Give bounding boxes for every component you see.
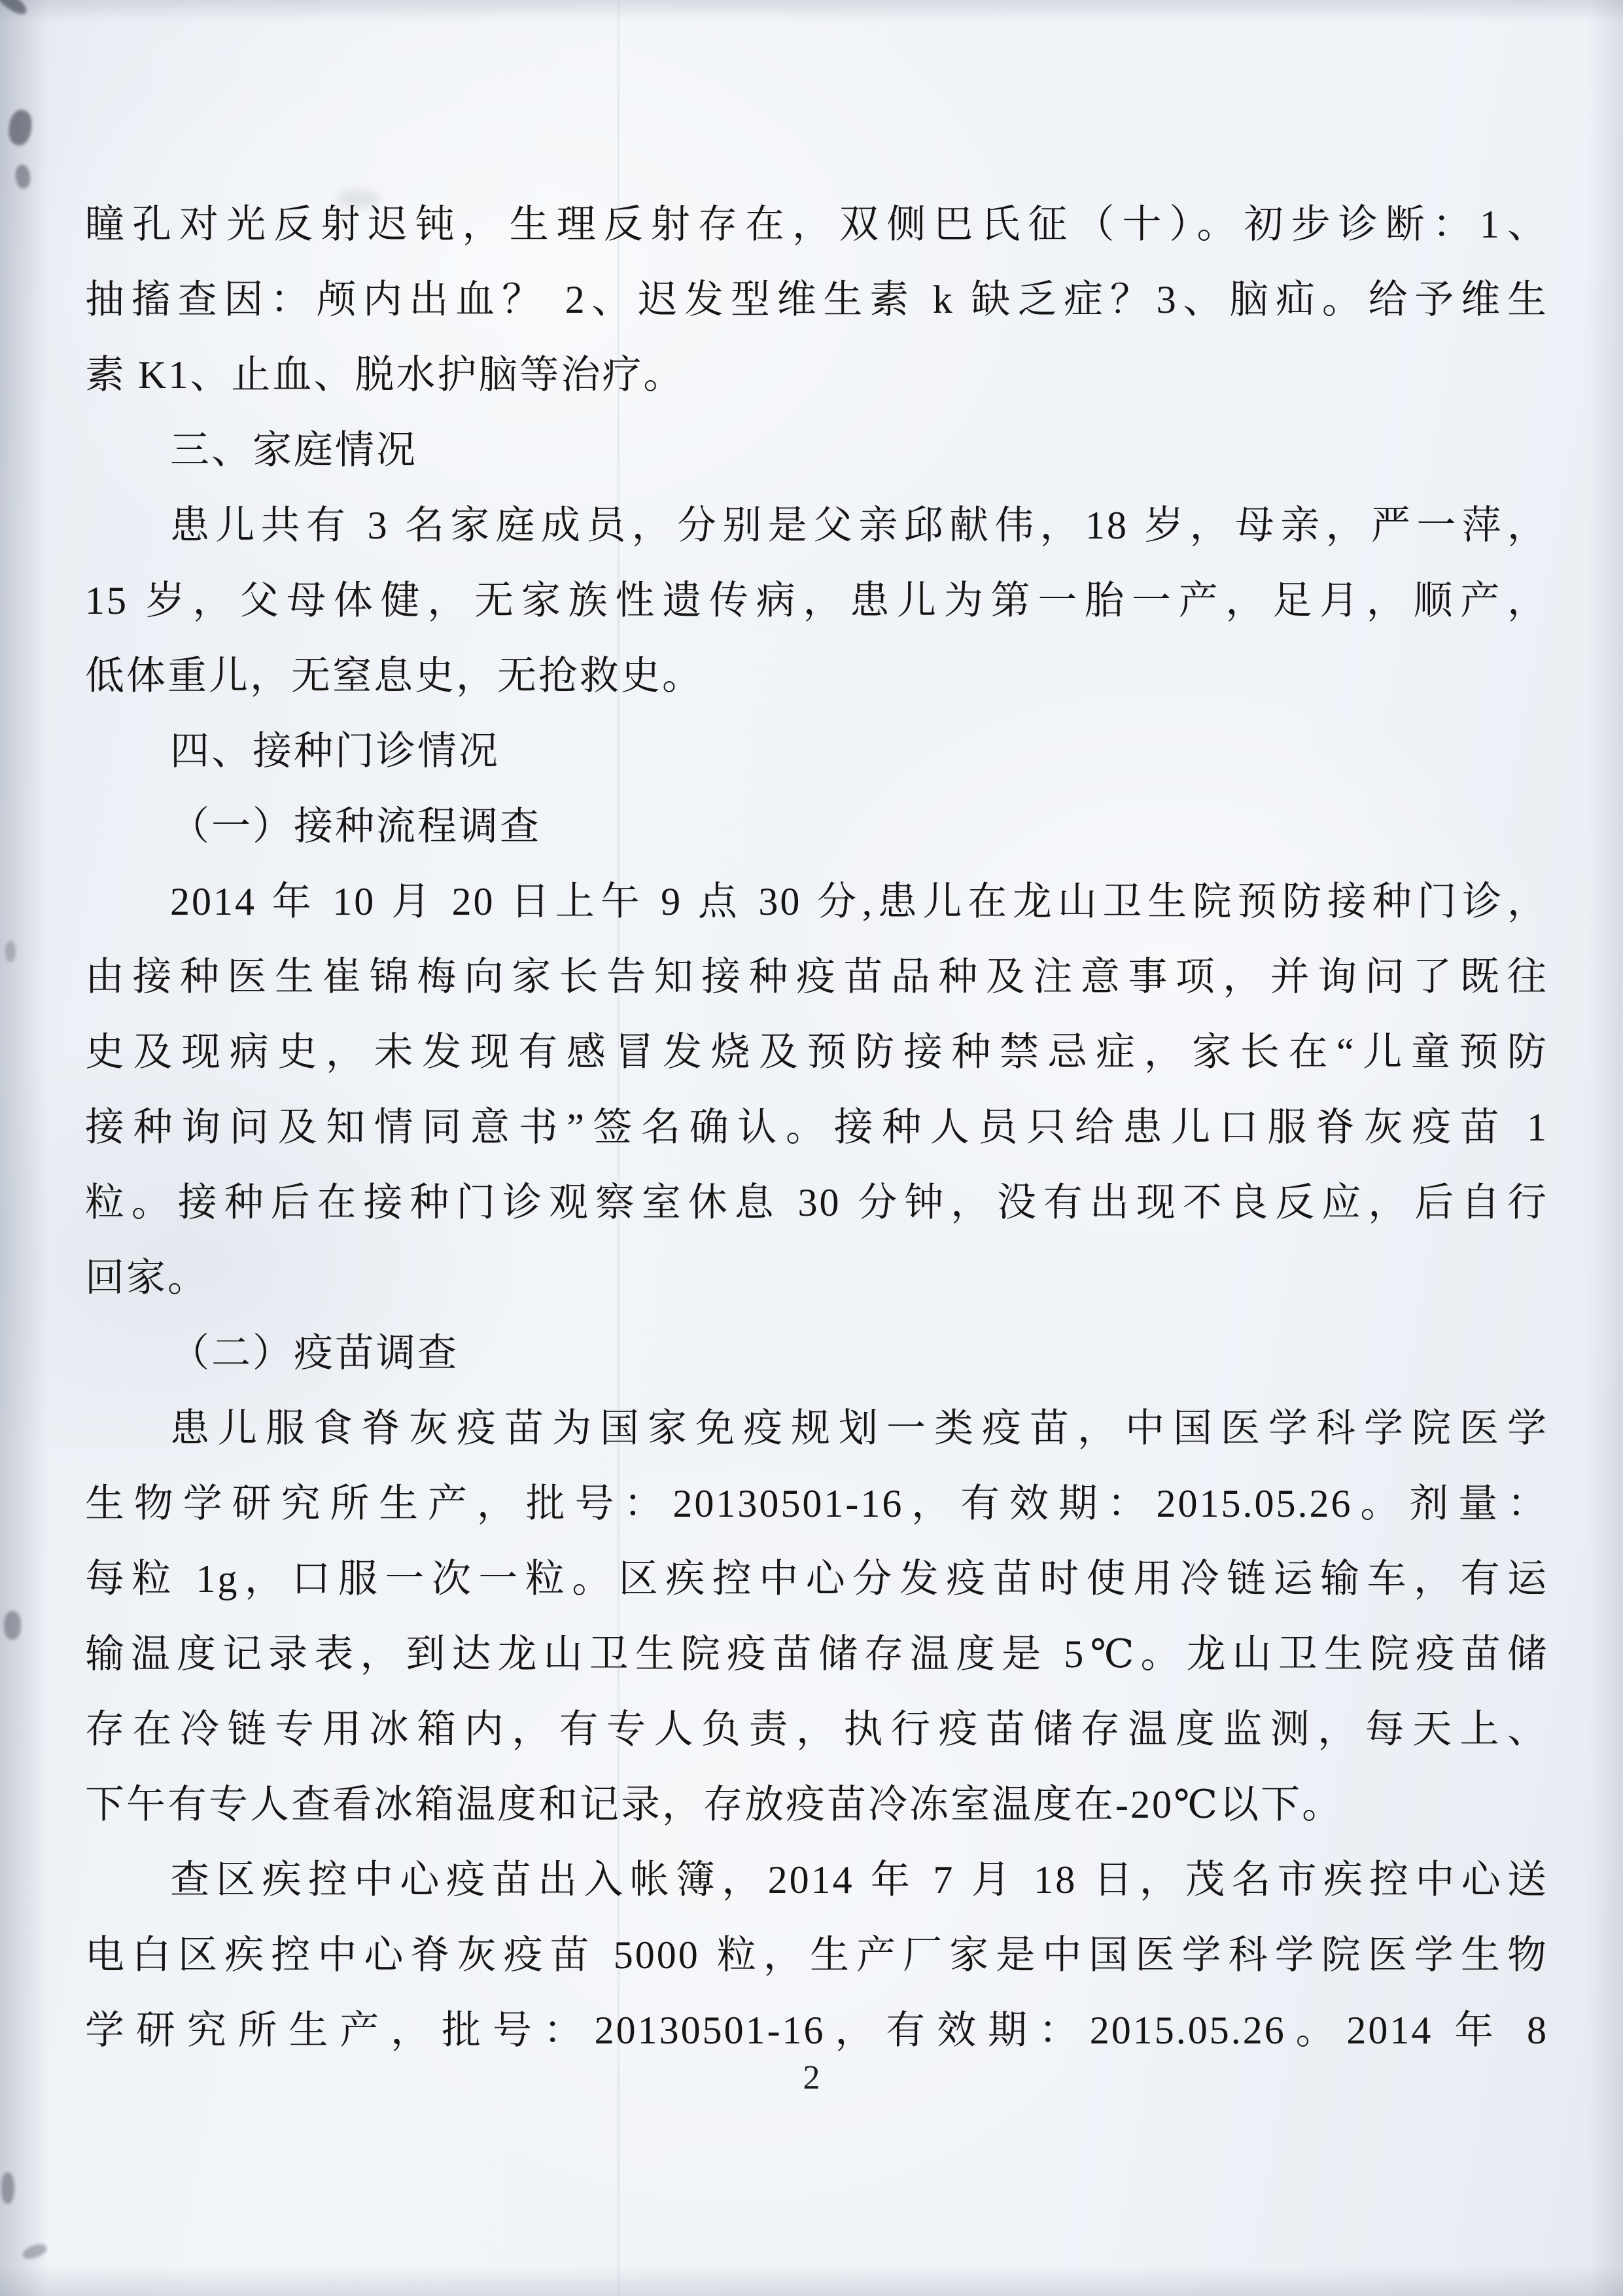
scanned-document-page: 瞳孔对光反射迟钝，生理反射存在，双侧巴氏征（十）。初步诊断：1、 抽搐查因：颅内… [0,0,1623,2296]
scan-artifact-smudge [5,941,16,962]
text-line: 患儿服食脊灰疫苗为国家免疫规划一类疫苗，中国医学科学院医学 [85,1391,1548,1466]
text-line: 输温度记录表，到达龙山卫生院疫苗储存温度是 5℃。龙山卫生院疫苗储 [85,1617,1548,1692]
scan-edge-shadow-bottom [0,2266,1623,2296]
text-line: 每粒 1g，口服一次一粒。区疾控中心分发疫苗时使用冷链运输车，有运 [85,1542,1548,1617]
subsection-heading: （二）疫苗调查 [85,1316,1548,1391]
text-line: 低体重儿，无窒息史，无抢救史。 [85,639,1548,714]
text-line: 抽搐查因：颅内出血？ 2、迟发型维生素 k 缺乏症？3、脑疝。给予维生 [85,262,1548,338]
scan-artifact-smudge [4,1611,21,1640]
text-line: 存在冷链专用冰箱内，有专人负责，执行疫苗储存温度监测，每天上、 [85,1692,1548,1767]
scan-edge-shadow-left [0,0,48,2296]
document-body-text: 瞳孔对光反射迟钝，生理反射存在，双侧巴氏征（十）。初步诊断：1、 抽搐查因：颅内… [85,187,1548,2068]
page-number: 2 [0,2058,1623,2097]
text-line: 2014 年 10 月 20 日上午 9 点 30 分,患儿在龙山卫生院预防接种… [85,864,1548,940]
text-line: 粒。接种后在接种门诊观察室休息 30 分钟，没有出现不良反应，后自行 [85,1165,1548,1241]
text-line: 接种询问及知情同意书”签名确认。接种人员只给患儿口服脊灰疫苗 1 [85,1090,1548,1165]
scan-artifact-smudge [1,2172,14,2204]
scan-edge-shadow-top [0,0,1623,22]
text-line: 电白区疾控中心脊灰疫苗 5000 粒，生产厂家是中国医学科学院医学生物 [85,1918,1548,1993]
text-line: 回家。 [85,1241,1548,1316]
text-line: 患儿共有 3 名家庭成员，分别是父亲邱献伟，18 岁，母亲，严一萍， [85,488,1548,563]
text-line: 下午有专人查看冰箱温度和记录，存放疫苗冷冻室温度在-20℃以下。 [85,1767,1548,1843]
text-line: 学研究所生产，批号：20130501-16，有效期：2015.05.26。201… [85,1993,1548,2068]
text-line: 由接种医生崔锦梅向家长告知接种疫苗品种及注意事项，并询问了既往 [85,940,1548,1015]
text-line: 15 岁，父母体健，无家族性遗传病，患儿为第一胎一产，足月，顺产， [85,563,1548,639]
text-line: 素 K1、止血、脱水护脑等治疗。 [85,338,1548,413]
text-line: 瞳孔对光反射迟钝，生理反射存在，双侧巴氏征（十）。初步诊断：1、 [85,187,1548,262]
text-line: 生物学研究所生产，批号：20130501-16，有效期：2015.05.26。剂… [85,1466,1548,1542]
subsection-heading: （一）接种流程调查 [85,789,1548,864]
text-line: 查区疾控中心疫苗出入帐簿，2014 年 7 月 18 日，茂名市疾控中心送 [85,1843,1548,1918]
scan-edge-shadow-right [1588,0,1623,2296]
section-heading: 四、接种门诊情况 [85,714,1548,789]
text-line: 史及现病史，未发现有感冒发烧及预防接种禁忌症，家长在“儿童预防 [85,1015,1548,1090]
section-heading: 三、家庭情况 [85,413,1548,488]
